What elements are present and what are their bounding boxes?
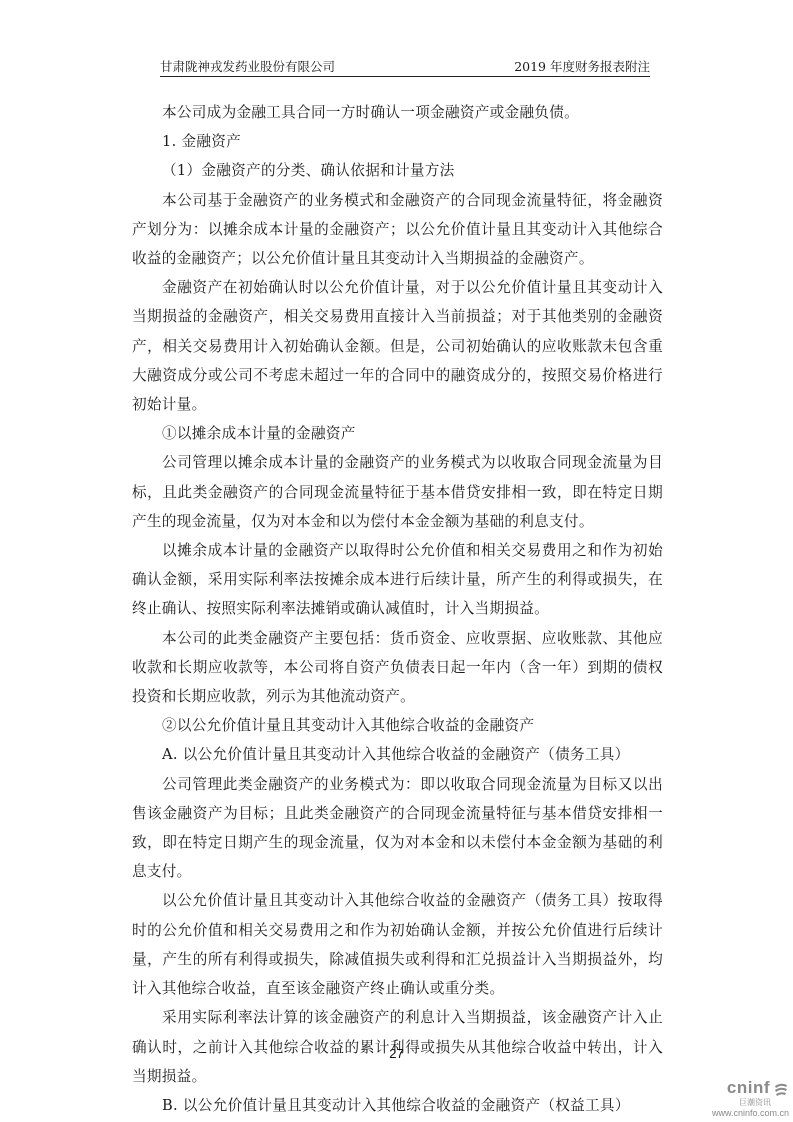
section-heading-financial-assets: 1. 金融资产 [132,127,663,156]
subsection-heading-classification: （1）金融资产的分类、确认依据和计量方法 [132,156,663,185]
header-report-title: 2019 年度财务报表附注 [514,57,650,75]
cninfo-watermark: cninf 巨潮资讯 www.cninfo.com.cn [689,1078,789,1119]
paragraph-recognition: 本公司成为金融工具合同一方时确认一项金融资产或金融负债。 [132,98,663,127]
document-body: 本公司成为金融工具合同一方时确认一项金融资产或金融负债。 1. 金融资产 （1）… [132,98,663,1120]
paragraph-initial-measurement: 金融资产在初始确认时以公允价值计量，对于以公允价值计量且其变动计入当期损益的金融… [132,273,663,419]
paragraph-amortized-cost-measurement: 以摊余成本计量的金融资产以取得时公允价值和相关交易费用之和作为初始确认金额，采用… [132,536,663,624]
watermark-brand-text: cninf [727,1078,770,1098]
watermark-brand: cninf [727,1078,789,1098]
watermark-brand-cn: 巨潮资讯 [689,1098,771,1108]
page-header: 甘肃陇神戎发药业股份有限公司 2019 年度财务报表附注 [160,54,650,77]
paragraph-amortized-cost-items: 本公司的此类金融资产主要包括：货币资金、应收票据、应收账款、其他应收款和长期应收… [132,624,663,712]
paragraph-fvoci-debt-model: 公司管理此类金融资产的业务模式为：即以收取合同现金流量为目标又以出售该金融资产为… [132,770,663,887]
item-heading-fvoci: ②以公允价值计量且其变动计入其他综合收益的金融资产 [132,711,663,740]
cninfo-logo-icon [773,1081,789,1095]
subitem-heading-fvoci-equity: B. 以公允价值计量且其变动计入其他综合收益的金融资产（权益工具） [132,1091,663,1120]
paragraph-classification: 本公司基于金融资产的业务模式和金融资产的合同现金流量特征，将金融资产划分为：以摊… [132,186,663,274]
watermark-url: www.cninfo.com.cn [689,1108,789,1119]
subitem-heading-fvoci-debt: A. 以公允价值计量且其变动计入其他综合收益的金融资产（债务工具） [132,740,663,769]
header-company-name: 甘肃陇神戎发药业股份有限公司 [160,57,335,75]
paragraph-fvoci-debt-measurement: 以公允价值计量且其变动计入其他综合收益的金融资产（债务工具）按取得时的公允价值和… [132,886,663,1003]
page-number: 27 [0,1046,793,1061]
paragraph-amortized-cost-model: 公司管理以摊余成本计量的金融资产的业务模式为以收取合同现金流量为目标，且此类金融… [132,448,663,536]
item-heading-amortized-cost: ①以摊余成本计量的金融资产 [132,419,663,448]
